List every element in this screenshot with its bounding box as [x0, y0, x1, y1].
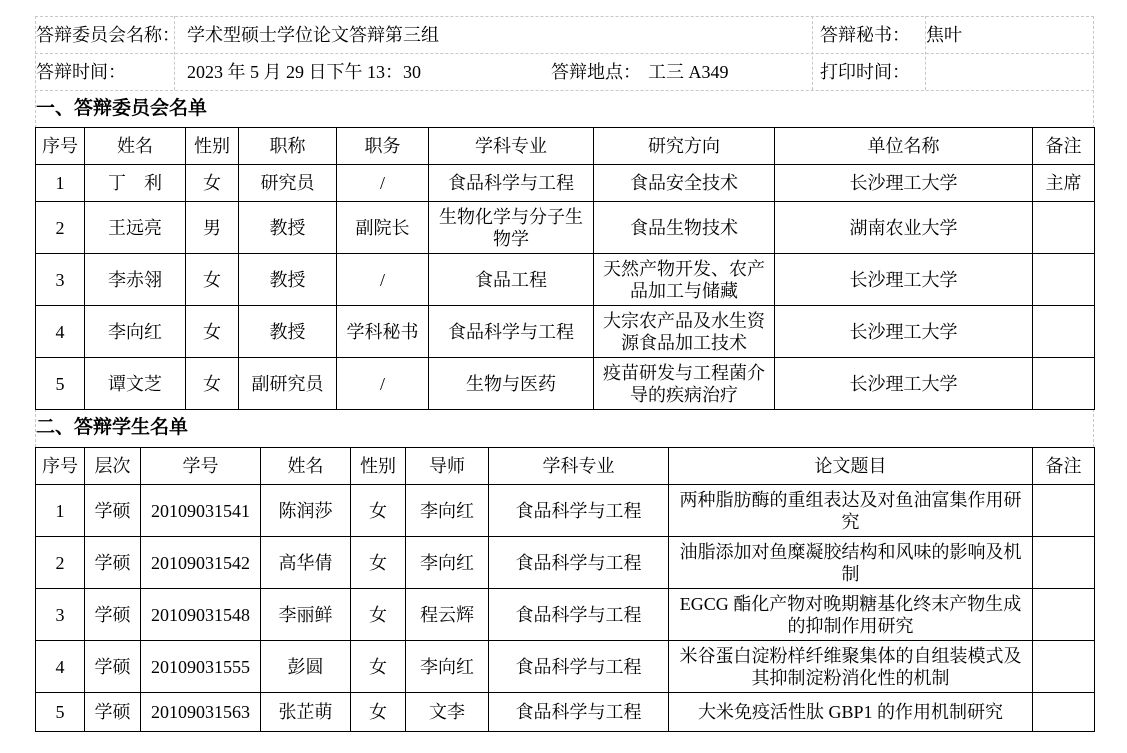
cell-no: 5 [36, 358, 85, 410]
student-table: 序号 层次 学号 姓名 性别 导师 学科专业 论文题目 备注 1 学硕 2010… [35, 447, 1095, 732]
cell-gender: 男 [186, 202, 239, 254]
header-grid-line [1093, 409, 1094, 447]
cell-student-id: 20109031563 [141, 693, 261, 732]
cell-no: 3 [36, 589, 85, 641]
cell-unit: 长沙理工大学 [775, 306, 1033, 358]
cell-position: / [337, 358, 429, 410]
cell-no: 3 [36, 254, 85, 306]
defense-time-value: 2023 年 5 月 29 日下午 13：30 [187, 61, 421, 83]
cell-note [1033, 641, 1095, 693]
col-header-name: 姓名 [261, 448, 351, 485]
cell-position: / [337, 165, 429, 202]
col-header-title: 职称 [239, 128, 337, 165]
cell-major: 食品科学与工程 [489, 693, 669, 732]
cell-note [1033, 589, 1095, 641]
cell-name: 李赤翎 [85, 254, 186, 306]
cell-thesis: EGCG 酯化产物对晚期糖基化终末产物生成的抑制作用研究 [669, 589, 1033, 641]
committee-row: 3 李赤翎 女 教授 / 食品工程 天然产物开发、农产品加工与储藏 长沙理工大学 [36, 254, 1095, 306]
col-header-unit: 单位名称 [775, 128, 1033, 165]
col-header-gender: 性别 [351, 448, 406, 485]
cell-no: 5 [36, 693, 85, 732]
print-time-label: 打印时间： [820, 61, 910, 83]
cell-gender: 女 [351, 485, 406, 537]
cell-note [1033, 306, 1095, 358]
cell-gender: 女 [351, 693, 406, 732]
cell-no: 2 [36, 537, 85, 589]
cell-name: 李丽鲜 [261, 589, 351, 641]
cell-position: / [337, 254, 429, 306]
cell-position: 副院长 [337, 202, 429, 254]
cell-level: 学硕 [85, 537, 141, 589]
cell-advisor: 李向红 [406, 641, 489, 693]
cell-unit: 湖南农业大学 [775, 202, 1033, 254]
cell-gender: 女 [186, 358, 239, 410]
cell-student-id: 20109031542 [141, 537, 261, 589]
secretary-value: 焦叶 [926, 24, 962, 46]
cell-note [1033, 254, 1095, 306]
cell-no: 4 [36, 306, 85, 358]
cell-name: 谭文芝 [85, 358, 186, 410]
cell-no: 2 [36, 202, 85, 254]
cell-note: 主席 [1033, 165, 1095, 202]
col-header-gender: 性别 [186, 128, 239, 165]
committee-row: 2 王远亮 男 教授 副院长 生物化学与分子生物学 食品生物技术 湖南农业大学 [36, 202, 1095, 254]
student-row: 1 学硕 20109031541 陈润莎 女 李向红 食品科学与工程 两种脂肪酶… [36, 485, 1095, 537]
cell-major: 生物化学与分子生物学 [429, 202, 594, 254]
cell-unit: 长沙理工大学 [775, 254, 1033, 306]
cell-note [1033, 693, 1095, 732]
cell-gender: 女 [351, 537, 406, 589]
student-row: 4 学硕 20109031555 彭圆 女 李向红 食品科学与工程 米谷蛋白淀粉… [36, 641, 1095, 693]
col-header-advisor: 导师 [406, 448, 489, 485]
cell-name: 李向红 [85, 306, 186, 358]
cell-note [1033, 358, 1095, 410]
cell-gender: 女 [186, 254, 239, 306]
cell-unit: 长沙理工大学 [775, 358, 1033, 410]
cell-student-id: 20109031548 [141, 589, 261, 641]
cell-gender: 女 [186, 165, 239, 202]
cell-research: 食品生物技术 [594, 202, 775, 254]
cell-advisor: 程云辉 [406, 589, 489, 641]
student-row: 2 学硕 20109031542 高华倩 女 李向红 食品科学与工程 油脂添加对… [36, 537, 1095, 589]
cell-major: 食品科学与工程 [429, 306, 594, 358]
committee-name-value: 学术型硕士学位论文答辩第三组 [187, 24, 439, 46]
cell-name: 高华倩 [261, 537, 351, 589]
cell-title: 教授 [239, 202, 337, 254]
cell-major: 食品科学与工程 [489, 537, 669, 589]
col-header-major: 学科专业 [429, 128, 594, 165]
cell-research: 天然产物开发、农产品加工与储藏 [594, 254, 775, 306]
cell-level: 学硕 [85, 641, 141, 693]
cell-no: 1 [36, 485, 85, 537]
cell-major: 食品科学与工程 [489, 485, 669, 537]
col-header-no: 序号 [36, 128, 85, 165]
cell-research: 大宗农产品及水生资源食品加工技术 [594, 306, 775, 358]
cell-student-id: 20109031555 [141, 641, 261, 693]
cell-thesis: 大米免疫活性肽 GBP1 的作用机制研究 [669, 693, 1033, 732]
cell-title: 教授 [239, 254, 337, 306]
col-header-no: 序号 [36, 448, 85, 485]
cell-level: 学硕 [85, 589, 141, 641]
col-header-thesis: 论文题目 [669, 448, 1033, 485]
cell-note [1033, 537, 1095, 589]
cell-name: 丁 利 [85, 165, 186, 202]
cell-unit: 长沙理工大学 [775, 165, 1033, 202]
cell-gender: 女 [351, 641, 406, 693]
cell-student-id: 20109031541 [141, 485, 261, 537]
committee-row: 1 丁 利 女 研究员 / 食品科学与工程 食品安全技术 长沙理工大学 主席 [36, 165, 1095, 202]
cell-position: 学科秘书 [337, 306, 429, 358]
committee-row: 4 李向红 女 教授 学科秘书 食品科学与工程 大宗农产品及水生资源食品加工技术… [36, 306, 1095, 358]
cell-major: 生物与医药 [429, 358, 594, 410]
cell-note [1033, 485, 1095, 537]
cell-note [1033, 202, 1095, 254]
col-header-note: 备注 [1033, 448, 1095, 485]
student-section-title: 二、答辩学生名单 [36, 416, 188, 440]
cell-name: 彭圆 [261, 641, 351, 693]
cell-major: 食品工程 [429, 254, 594, 306]
cell-major: 食品科学与工程 [429, 165, 594, 202]
cell-level: 学硕 [85, 693, 141, 732]
col-header-name: 姓名 [85, 128, 186, 165]
cell-title: 研究员 [239, 165, 337, 202]
cell-level: 学硕 [85, 485, 141, 537]
student-row: 3 学硕 20109031548 李丽鲜 女 程云辉 食品科学与工程 EGCG … [36, 589, 1095, 641]
cell-thesis: 米谷蛋白淀粉样纤维聚集体的自组装模式及其抑制淀粉消化性的机制 [669, 641, 1033, 693]
col-header-research: 研究方向 [594, 128, 775, 165]
cell-research: 疫苗研发与工程菌介导的疾病治疗 [594, 358, 775, 410]
committee-name-label: 答辩委员会名称： [36, 24, 180, 46]
header-grid-line [35, 90, 1094, 91]
secretary-label: 答辩秘书： [820, 24, 910, 46]
student-row: 5 学硕 20109031563 张芷萌 女 文李 食品科学与工程 大米免疫活性… [36, 693, 1095, 732]
cell-advisor: 李向红 [406, 537, 489, 589]
cell-gender: 女 [186, 306, 239, 358]
committee-section-title: 一、答辩委员会名单 [36, 97, 207, 121]
cell-name: 陈润莎 [261, 485, 351, 537]
cell-no: 4 [36, 641, 85, 693]
col-header-major: 学科专业 [489, 448, 669, 485]
defense-time-label: 答辩时间： [36, 61, 126, 83]
cell-research: 食品安全技术 [594, 165, 775, 202]
cell-major: 食品科学与工程 [489, 589, 669, 641]
col-header-position: 职务 [337, 128, 429, 165]
student-header-row: 序号 层次 学号 姓名 性别 导师 学科专业 论文题目 备注 [36, 448, 1095, 485]
cell-name: 张芷萌 [261, 693, 351, 732]
cell-gender: 女 [351, 589, 406, 641]
col-header-level: 层次 [85, 448, 141, 485]
cell-name: 王远亮 [85, 202, 186, 254]
header-grid-line [35, 16, 1094, 17]
col-header-student-id: 学号 [141, 448, 261, 485]
header-grid-line [1093, 16, 1094, 128]
cell-advisor: 文李 [406, 693, 489, 732]
header-grid-line [35, 53, 1094, 54]
cell-title: 教授 [239, 306, 337, 358]
cell-thesis: 油脂添加对鱼糜凝胶结构和风味的影响及机制 [669, 537, 1033, 589]
defense-location-label: 答辩地点： [551, 61, 641, 83]
col-header-note: 备注 [1033, 128, 1095, 165]
committee-row: 5 谭文芝 女 副研究员 / 生物与医药 疫苗研发与工程菌介导的疾病治疗 长沙理… [36, 358, 1095, 410]
committee-header-row: 序号 姓名 性别 职称 职务 学科专业 研究方向 单位名称 备注 [36, 128, 1095, 165]
cell-title: 副研究员 [239, 358, 337, 410]
cell-no: 1 [36, 165, 85, 202]
defense-location-value: 工三 A349 [648, 61, 729, 83]
committee-table: 序号 姓名 性别 职称 职务 学科专业 研究方向 单位名称 备注 1 丁 利 女… [35, 127, 1095, 410]
cell-thesis: 两种脂肪酶的重组表达及对鱼油富集作用研究 [669, 485, 1033, 537]
cell-major: 食品科学与工程 [489, 641, 669, 693]
cell-advisor: 李向红 [406, 485, 489, 537]
header-grid-line [812, 16, 813, 90]
